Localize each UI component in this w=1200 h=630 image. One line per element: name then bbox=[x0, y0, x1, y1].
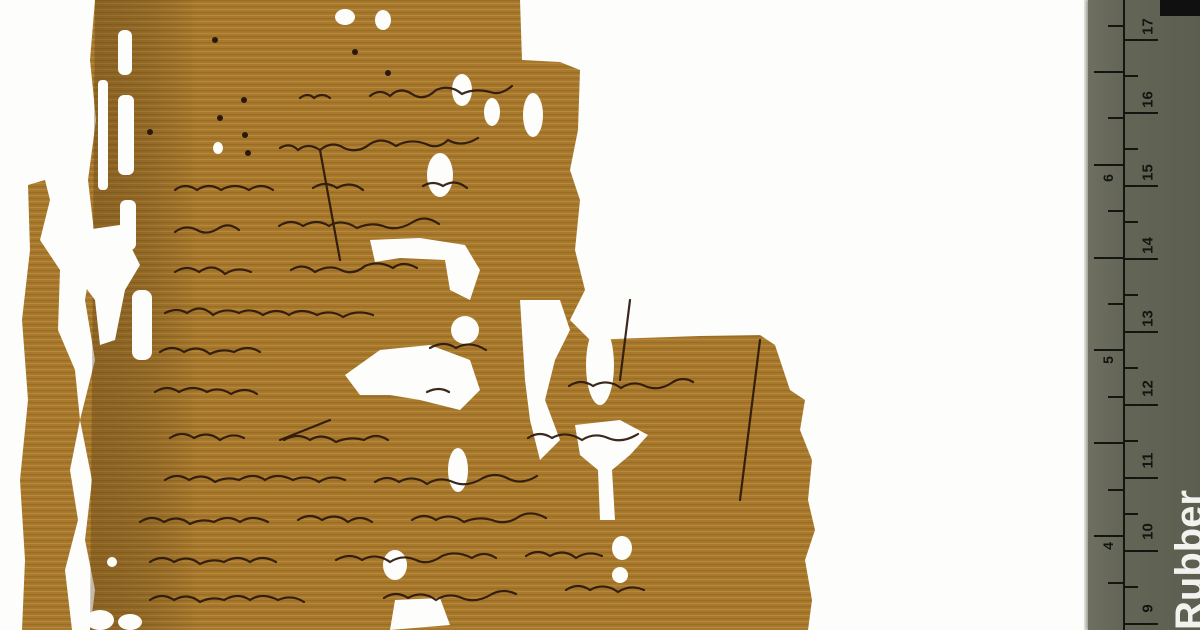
ruler-cm-17: 17 bbox=[1140, 12, 1157, 42]
ruler-inch-6: 6 bbox=[1100, 168, 1116, 188]
ruler-cm-10: 10 bbox=[1140, 517, 1157, 547]
ruler-inch-4: 4 bbox=[1100, 536, 1116, 556]
ruler-brand-text: Rubber bbox=[1168, 380, 1200, 630]
ruler-cm-11: 11 bbox=[1140, 446, 1157, 476]
ruler-cm-12: 12 bbox=[1140, 374, 1157, 404]
ruler-cm-14: 14 bbox=[1140, 231, 1157, 261]
ruler-logo-mark bbox=[1160, 0, 1200, 16]
ruler-inch-5: 5 bbox=[1100, 350, 1116, 370]
ruler-cm-15: 15 bbox=[1140, 158, 1157, 188]
papyrus-photo bbox=[0, 0, 1200, 630]
ruler-cm-9: 9 bbox=[1140, 594, 1157, 624]
papyrus-left-strip bbox=[20, 180, 80, 630]
ruler-cm-16: 16 bbox=[1140, 85, 1157, 115]
ruler-cm-13: 13 bbox=[1140, 304, 1157, 334]
papyrus-main-fragment bbox=[80, 0, 815, 630]
